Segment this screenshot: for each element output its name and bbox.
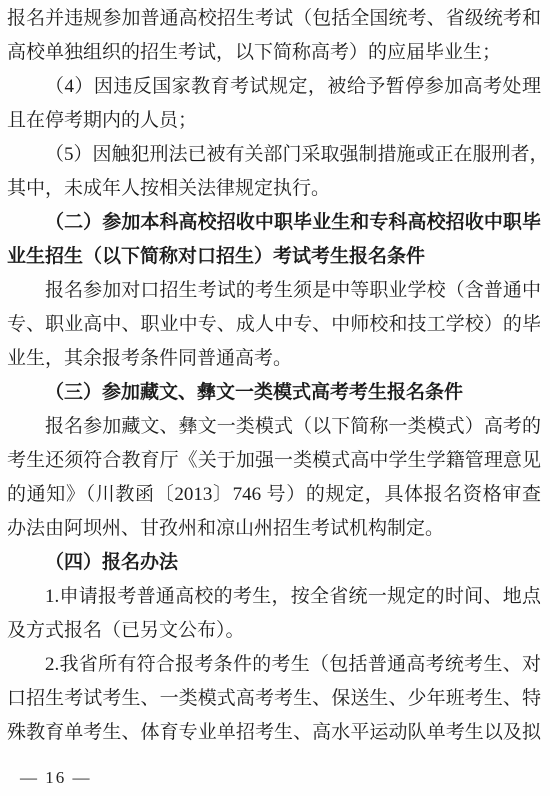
text-line: （四）报名办法	[7, 546, 541, 580]
document-body: 报名并违规参加普通高校招生考试（包括全国统考、省级统考和高校单独组织的招生考试，…	[7, 2, 541, 750]
text-line: 报名参加对口招生考试的考生须是中等职业学校（含普通中	[7, 274, 541, 308]
text-line: （三）参加藏文、彝文一类模式高考考生报名条件	[7, 376, 541, 410]
text-line: 考生还须符合教育厅《关于加强一类模式高中学生学籍管理意见	[7, 444, 541, 478]
text-line: 的通知》（川教函〔2013〕746 号）的规定，具体报名资格审查	[7, 478, 541, 512]
text-line: （4）因违反国家教育考试规定，被给予暂停参加高考处理	[7, 70, 541, 104]
text-line: （二）参加本科高校招收中职毕业生和专科高校招收中职毕	[7, 206, 541, 240]
page-number: — 16 —	[20, 768, 92, 788]
document-page: 报名并违规参加普通高校招生考试（包括全国统考、省级统考和高校单独组织的招生考试，…	[0, 0, 550, 796]
text-line: 且在停考期内的人员；	[7, 104, 541, 138]
text-line: （5）因触犯刑法已被有关部门采取强制措施或正在服刑者，	[7, 138, 541, 172]
text-line: 及方式报名（已另文公布）。	[7, 614, 541, 648]
text-line: 口招生考试考生、一类模式高考考生、保送生、少年班考生、特	[7, 682, 541, 716]
text-line: 业生招生（以下简称对口招生）考试考生报名条件	[7, 240, 541, 274]
text-line: 其中，未成年人按相关法律规定执行。	[7, 172, 541, 206]
text-line: 专、职业高中、职业中专、成人中专、中师校和技工学校）的毕	[7, 308, 541, 342]
text-line: 办法由阿坝州、甘孜州和凉山州招生考试机构制定。	[7, 512, 541, 546]
text-line: 业生，其余报考条件同普通高考。	[7, 342, 541, 376]
text-line: 1.申请报考普通高校的考生，按全省统一规定的时间、地点	[7, 580, 541, 614]
text-line: 报名参加藏文、彝文一类模式（以下简称一类模式）高考的	[7, 410, 541, 444]
text-line: 高校单独组织的招生考试，以下简称高考）的应届毕业生；	[7, 36, 541, 70]
text-line: 报名并违规参加普通高校招生考试（包括全国统考、省级统考和	[7, 2, 541, 36]
text-line: 2.我省所有符合报考条件的考生（包括普通高考统考生、对	[7, 648, 541, 682]
text-line: 殊教育单考生、体育专业单招考生、高水平运动队单考生以及拟	[7, 716, 541, 750]
